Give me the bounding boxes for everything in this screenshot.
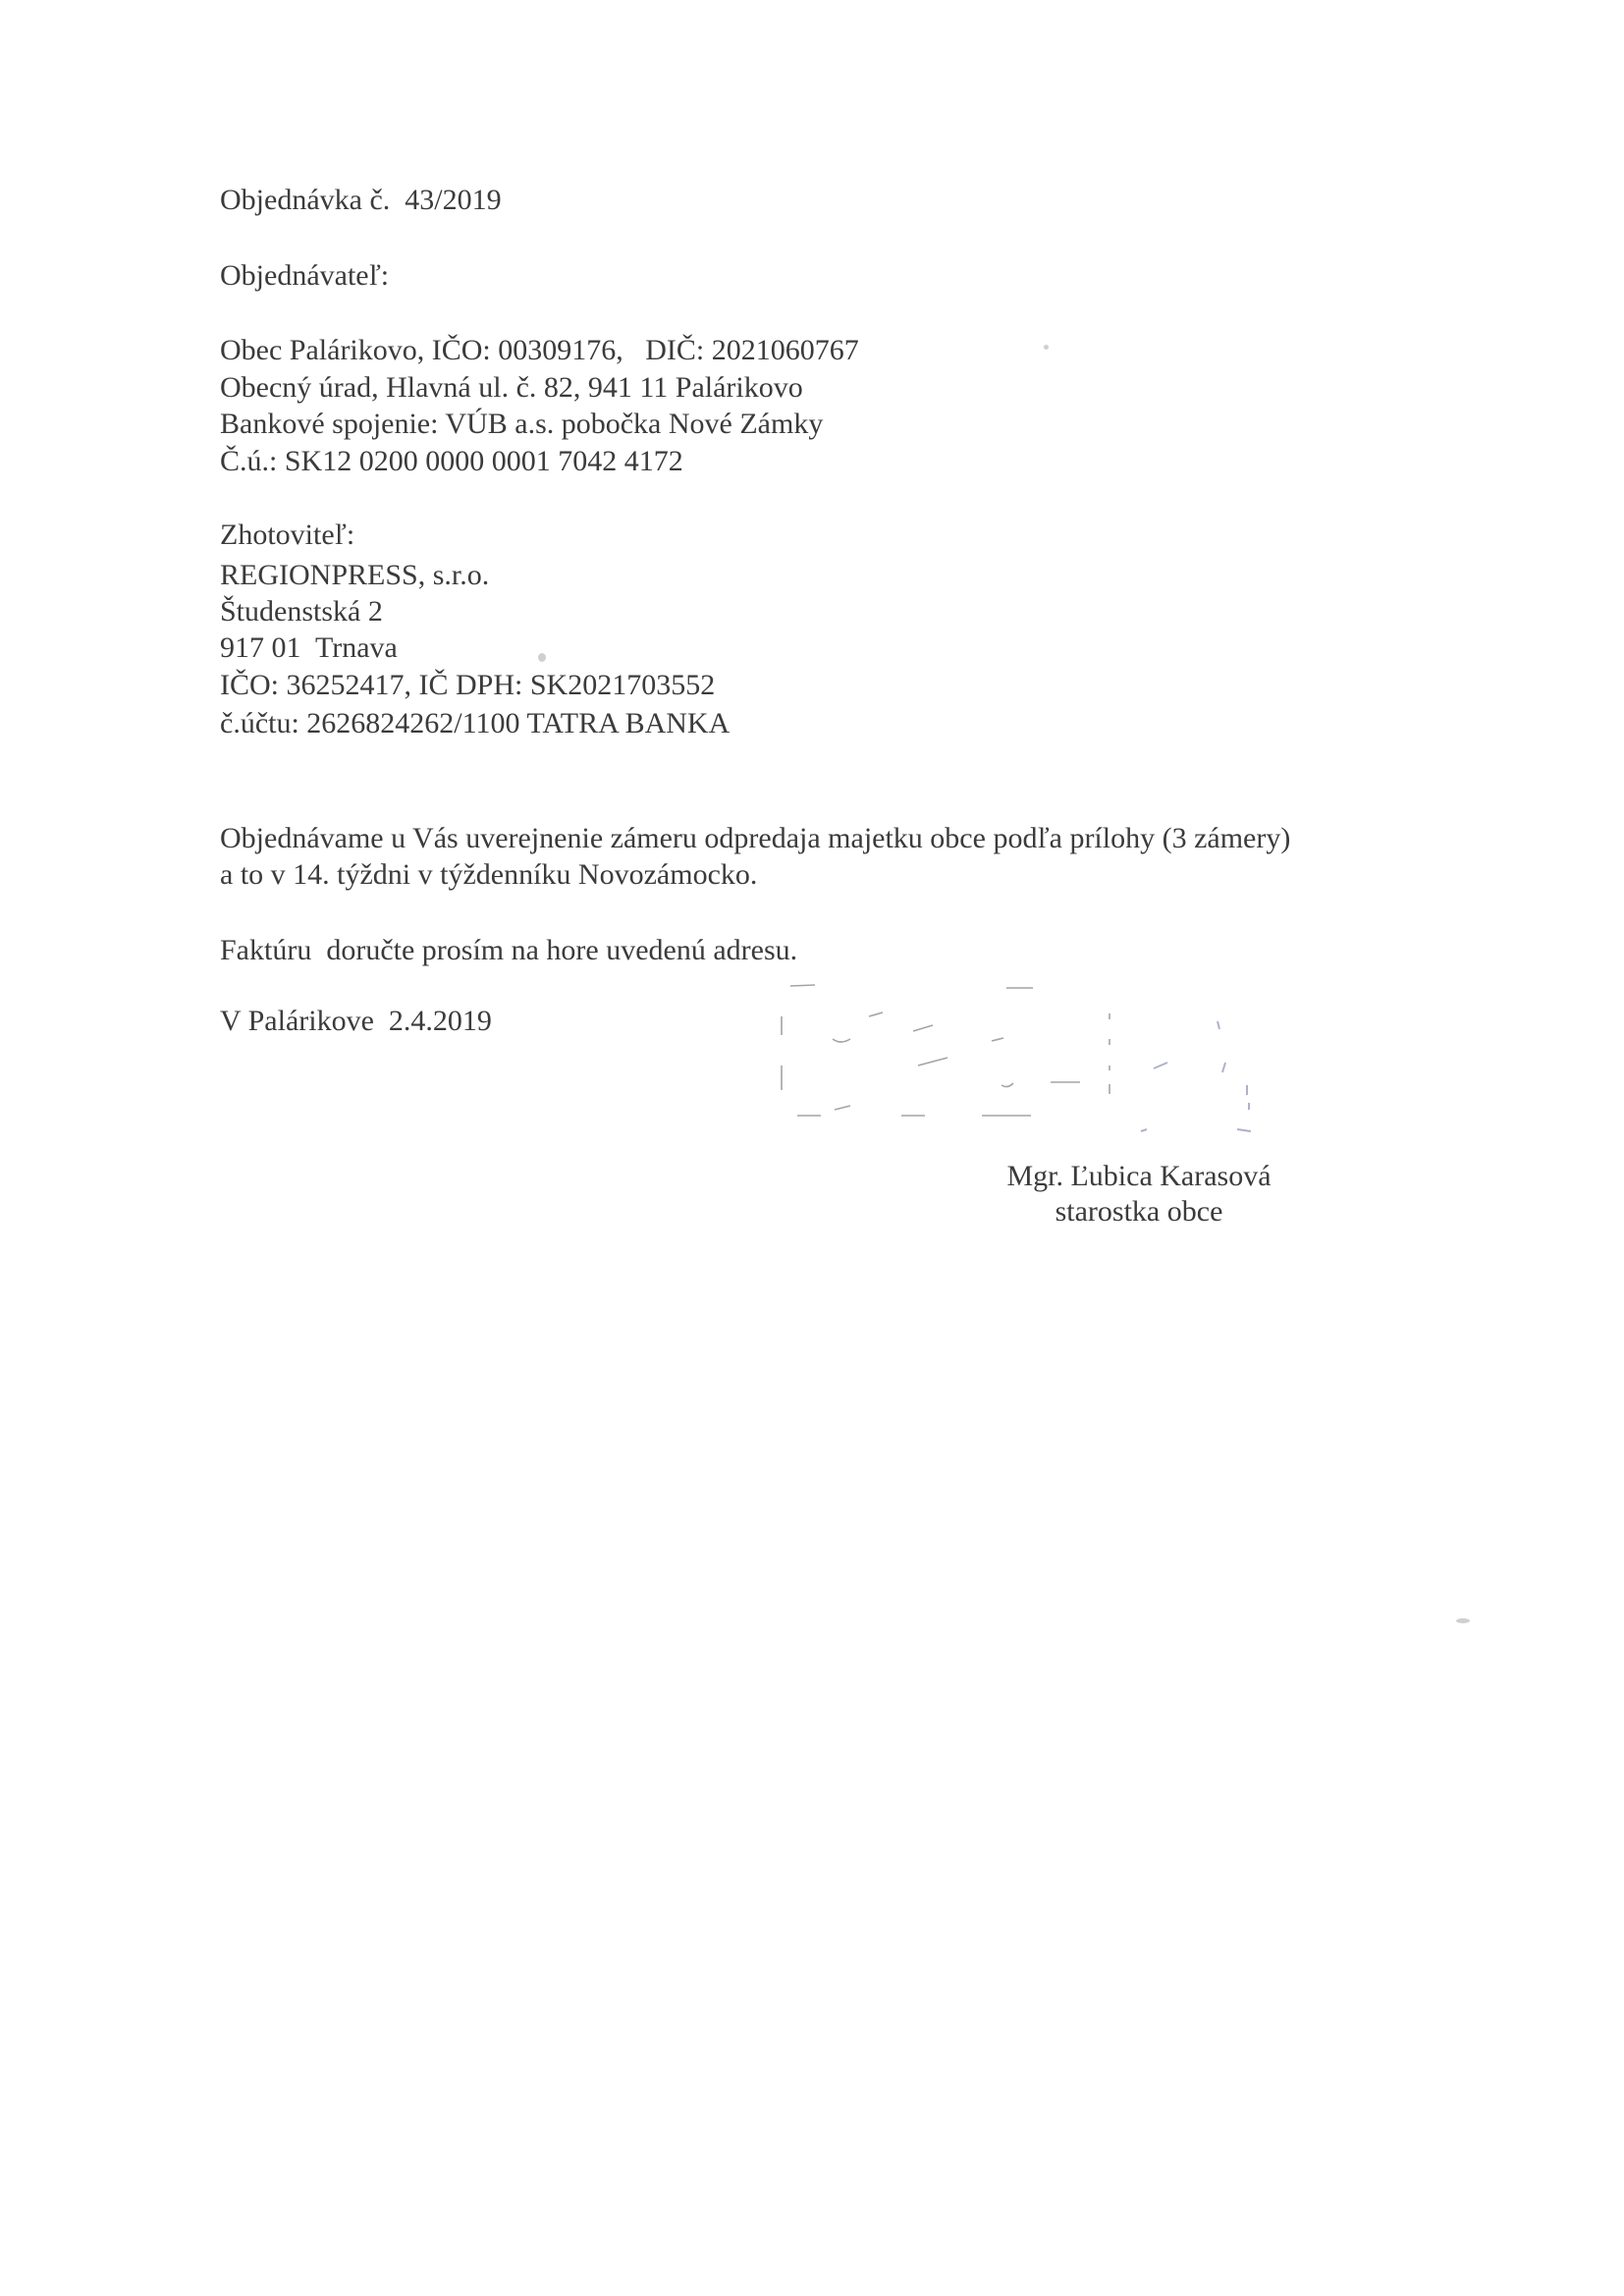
paragraph-line-2: a to v 14. týždni v týždenníku Novozámoc…: [220, 857, 757, 893]
signatory-title: starostka obce: [943, 1194, 1335, 1230]
document-page: Objednávka č. 43/2019 Objednávateľ: Obec…: [0, 0, 1624, 2296]
paragraph-line-1: Objednávame u Vás uverejnenie zámeru odp…: [220, 821, 1290, 856]
order-number: Objednávka č. 43/2019: [220, 183, 502, 218]
contractor-line-1: REGIONPRESS, s.r.o.: [220, 558, 489, 593]
contractor-line-5: č.účtu: 2626824262/1100 TATRA BANKA: [220, 706, 730, 741]
stamp-icon: [756, 972, 1306, 1169]
scan-speck: [1044, 345, 1049, 350]
orderer-heading: Objednávateľ:: [220, 258, 389, 294]
contractor-line-3: 917 01 Trnava: [220, 630, 398, 666]
signatory-name: Mgr. Ľubica Karasová: [943, 1159, 1335, 1194]
scan-speck: [1456, 1618, 1470, 1623]
invoice-note: Faktúru doručte prosím na hore uvedenú a…: [220, 933, 797, 968]
contractor-line-2: Študenstská 2: [220, 594, 383, 629]
contractor-heading: Zhotoviteľ:: [220, 518, 354, 553]
scan-speck: [538, 653, 546, 662]
contractor-line-4: IČO: 36252417, IČ DPH: SK2021703552: [220, 668, 715, 703]
orderer-line-4: Č.ú.: SK12 0200 0000 0001 7042 4172: [220, 444, 683, 479]
orderer-line-2: Obecný úrad, Hlavná ul. č. 82, 941 11 Pa…: [220, 370, 803, 406]
orderer-line-1: Obec Palárikovo, IČO: 00309176, DIČ: 202…: [220, 333, 859, 368]
orderer-line-3: Bankové spojenie: VÚB a.s. pobočka Nové …: [220, 407, 823, 442]
place-date: V Palárikove 2.4.2019: [220, 1004, 492, 1039]
